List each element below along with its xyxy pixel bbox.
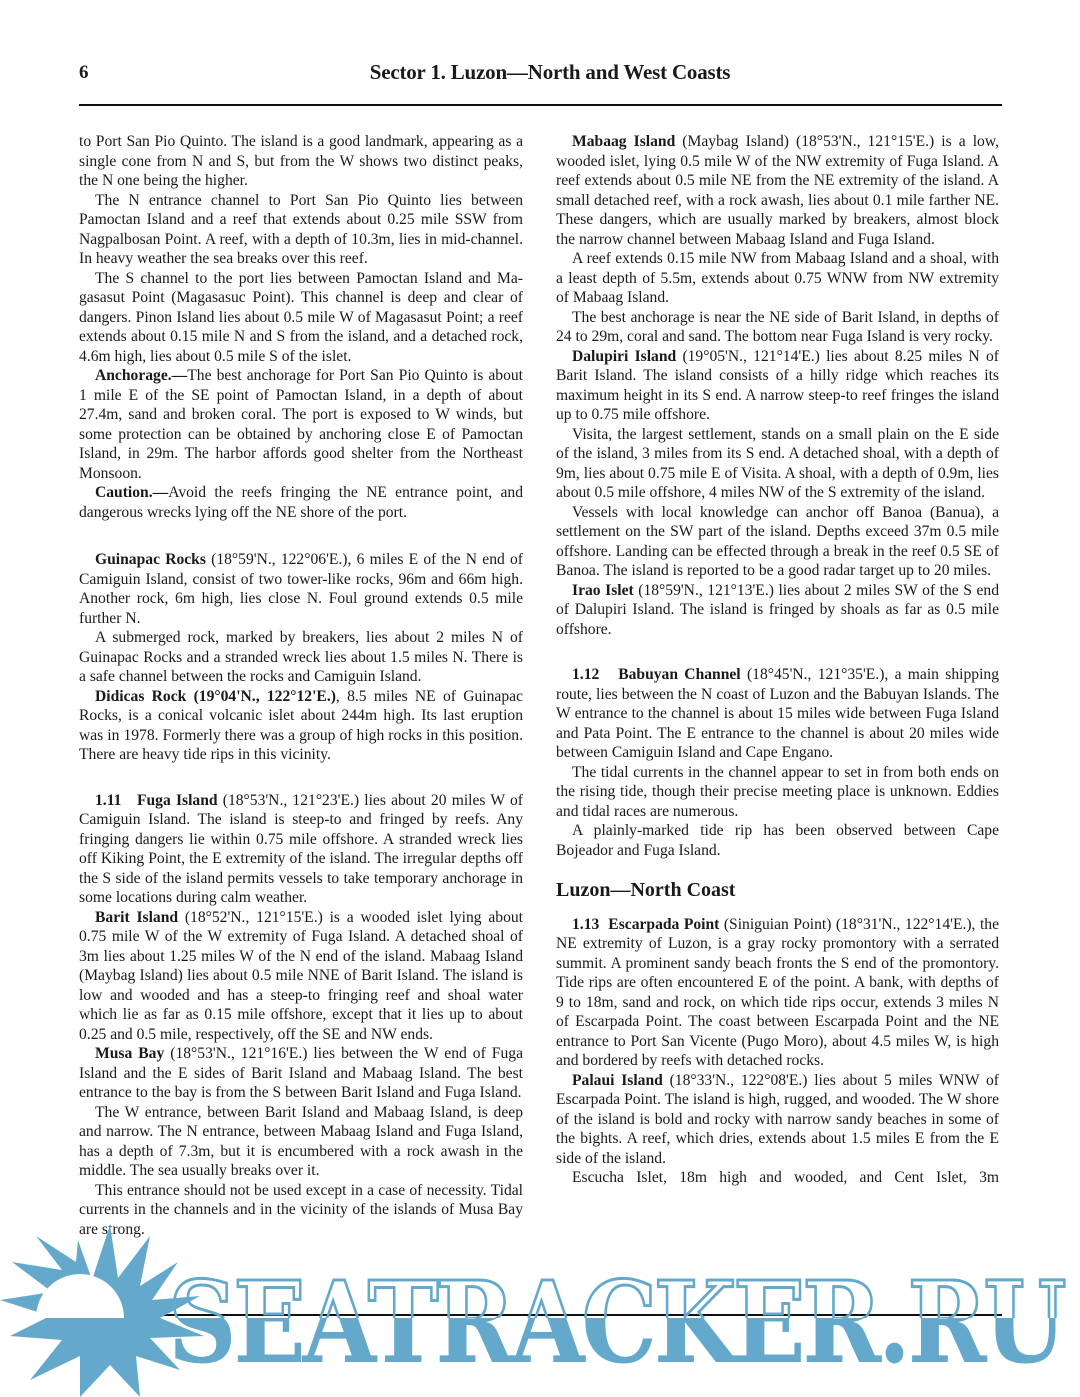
paragraph-barit: Barit Island (18°52'N., 121°15'E.) is a …: [79, 908, 523, 1045]
paragraph: A submerged rock, marked by breakers, li…: [79, 628, 523, 687]
fuga-island-name: Fuga Island: [137, 792, 218, 809]
section-number: 1.11: [95, 792, 121, 809]
paragraph: The tidal currents in the channel appear…: [556, 763, 999, 822]
caution-label: Caution.—: [95, 484, 168, 501]
section-heading: Luzon—North Coast: [556, 881, 999, 901]
svg-text:SEATRACKER.RU: SEATRACKER.RU: [168, 1258, 1065, 1389]
paragraph: A plainly-marked tide rip has been obser…: [556, 821, 999, 860]
irao-islet-name: Irao Islet: [572, 582, 634, 599]
paragraph-didicas: Didicas Rock (19°04'N., 122°12'E.), 8.5 …: [79, 687, 523, 765]
paragraph: The best anchorage is near the NE side o…: [556, 308, 999, 347]
paragraph: The S channel to the port lies between P…: [79, 269, 523, 367]
footer-rule: [79, 1314, 1002, 1316]
paragraph: The N entrance channel to Port San Pio Q…: [79, 191, 523, 269]
guinapac-rocks-name: Guinapac Rocks: [95, 551, 206, 568]
publication-label: Pub. 162: [79, 1327, 139, 1345]
musa-bay-name: Musa Bay: [95, 1045, 164, 1062]
sun-icon: [0, 1225, 204, 1397]
section-number: 1.12: [572, 666, 599, 683]
paragraph: to Port San Pio Quinto. The island is a …: [79, 132, 523, 191]
escarpada-point-name: Escarpada Point: [608, 916, 719, 933]
running-title: Sector 1. Luzon—North and West Coasts: [0, 60, 1080, 85]
palaui-island-name: Palaui Island: [572, 1072, 663, 1089]
section-number: 1.13: [572, 916, 599, 933]
paragraph: A reef extends 0.15 mile NW from Mabaag …: [556, 249, 999, 308]
dalupiri-island-name: Dalupiri Island: [572, 348, 676, 365]
right-column: Mabaag Island (Maybag Island) (18°53'N.,…: [556, 132, 999, 1188]
anchorage-label: Anchorage.—: [95, 367, 187, 384]
paragraph-babuyan: 1.12 Babuyan Channel (18°45'N., 121°35'E…: [556, 665, 999, 763]
didicas-rock-name: Didicas Rock (19°04'N., 122°12'E.): [95, 688, 336, 705]
barit-island-name: Barit Island: [95, 909, 178, 926]
mabaag-island-name: Mabaag Island: [572, 133, 675, 150]
paragraph: The W entrance, between Barit Island and…: [79, 1103, 523, 1181]
paragraph-dalupiri: Dalupiri Island (19°05'N., 121°14'E.) li…: [556, 347, 999, 425]
paragraph: Escucha Islet, 18m high and wooded, and …: [556, 1168, 999, 1188]
paragraph-fuga: 1.11 Fuga Island (18°53'N., 121°23'E.) l…: [79, 791, 523, 908]
babuyan-channel-name: Babuyan Channel: [618, 666, 740, 683]
paragraph-musa: Musa Bay (18°53'N., 121°16'E.) lies betw…: [79, 1044, 523, 1103]
header-rule: [79, 104, 1002, 106]
paragraph-caution: Caution.—Avoid the reefs fringing the NE…: [79, 483, 523, 522]
paragraph: This entrance should not be used except …: [79, 1181, 523, 1240]
paragraph: Vessels with local knowledge can anchor …: [556, 503, 999, 581]
paragraph-guinapac: Guinapac Rocks (18°59'N., 122°06'E.), 6 …: [79, 550, 523, 628]
paragraph-mabaag: Mabaag Island (Maybag Island) (18°53'N.,…: [556, 132, 999, 249]
paragraph-escarpada: 1.13 Escarpada Point (Siniguian Point) (…: [556, 915, 999, 1071]
paragraph-irao: Irao Islet (18°59'N., 121°13'E.) lies ab…: [556, 581, 999, 640]
paragraph-palaui: Palaui Island (18°33'N., 122°08'E.) lies…: [556, 1071, 999, 1169]
left-column: to Port San Pio Quinto. The island is a …: [79, 132, 523, 1239]
paragraph-anchorage: Anchorage.—The best anchorage for Port S…: [79, 366, 523, 483]
paragraph: Visita, the largest settlement, stands o…: [556, 425, 999, 503]
svg-text:SEATRACKER.RU: SEATRACKER.RU: [168, 1258, 1065, 1389]
